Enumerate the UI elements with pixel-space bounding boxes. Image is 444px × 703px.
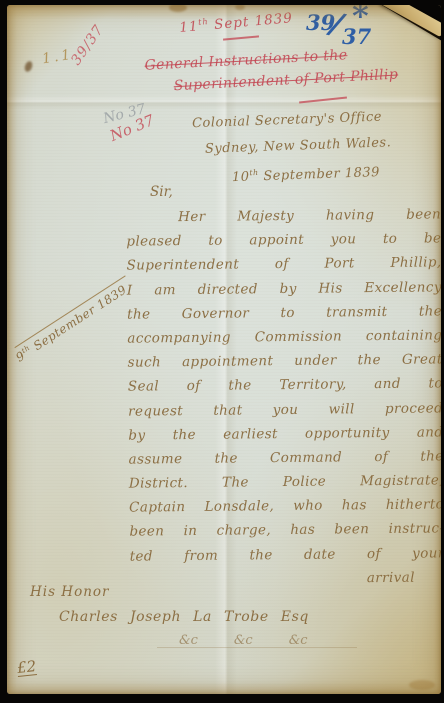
letterhead-date-day: 10 — [232, 170, 250, 186]
filing-date-day: 11 — [179, 18, 200, 36]
body-line: request that you will proceed — [128, 396, 441, 423]
letter-page: 11th Sept 1839 39 / 37 * 1.1 39/37 Gener… — [7, 5, 441, 694]
body-line: by the earliest opportunity and — [128, 420, 441, 447]
salutation: Sir, — [150, 184, 173, 200]
etcetera-mark: &c — [179, 633, 198, 648]
letter-body: Her Majesty having beenpleased to appoin… — [126, 202, 441, 592]
body-line: assume the Command of the — [129, 444, 441, 471]
archival-mark: £2 — [16, 657, 37, 677]
body-line: Her Majesty having been — [126, 202, 441, 229]
ink-stain — [23, 60, 33, 73]
body-line: Superintendent of Port Phillip, — [126, 251, 441, 278]
etcetera-mark: &c — [289, 633, 308, 648]
body-line: the Governor to transmit the — [127, 299, 441, 326]
etcetera-mark: &c — [234, 633, 253, 648]
addressee-name: Charles Joseph La Trobe Esq — [59, 609, 309, 625]
body-line: District. The Police Magistrate, — [129, 468, 441, 495]
etcetera-row: &c&c&c — [179, 633, 308, 648]
margin-date-rest: September 1839 — [27, 282, 129, 355]
registry-number-red-left: 39/37 — [68, 22, 107, 68]
ink-stain — [409, 680, 435, 690]
letterhead-date-rest: September 1839 — [258, 165, 380, 184]
docket-heading: General Instructions to the Superintende… — [144, 39, 441, 98]
addressee-honorific: His Honor — [30, 584, 110, 600]
body-line: Seal of the Territory, and to — [128, 372, 441, 399]
body-line: arrival — [130, 565, 441, 592]
body-line: Captain Lonsdale, who has hitherto — [129, 493, 441, 520]
margin-underline-stroke — [14, 275, 125, 348]
margin-date-note: 9th September 1839 — [11, 275, 135, 364]
body-line: accompanying Commission containing — [127, 323, 441, 350]
body-line: ted from the date of your — [130, 541, 441, 568]
letterhead-date-ordinal: th — [249, 168, 258, 177]
body-line: pleased to appoint you to be — [126, 227, 441, 254]
ink-stain — [235, 5, 245, 10]
letterhead-date: 10th September 1839 — [231, 154, 434, 191]
body-line: been in charge, has been instruc- — [129, 517, 441, 544]
scan-background: 11th Sept 1839 39 / 37 * 1.1 39/37 Gener… — [0, 0, 444, 703]
body-line: such appointment under the Great — [128, 347, 441, 374]
body-line: I am directed by His Excellency — [127, 275, 441, 302]
asterisk-mark: * — [352, 5, 369, 35]
ink-stain — [169, 5, 187, 12]
letterhead: Colonial Secretary's Office Sydney, New … — [192, 103, 435, 192]
